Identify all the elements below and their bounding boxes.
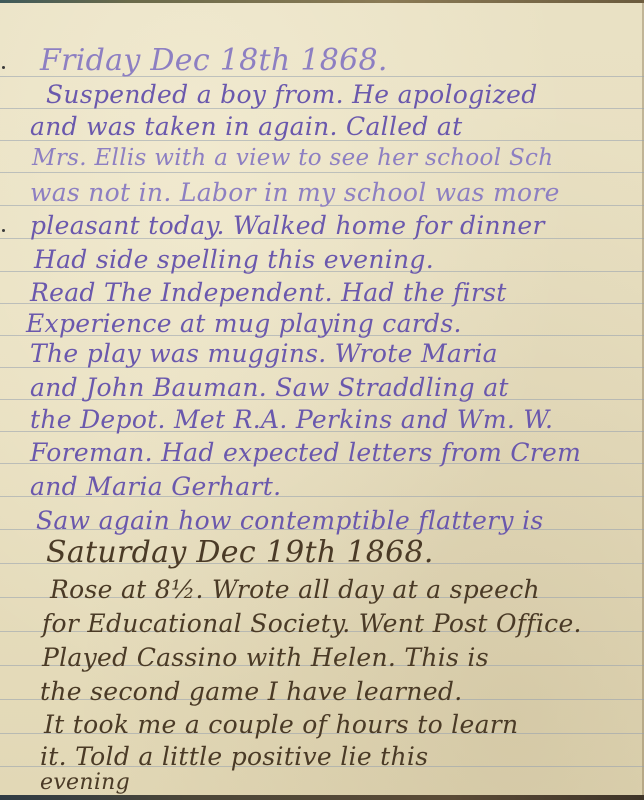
entry-line: and John Bauman. Saw Straddling at bbox=[30, 375, 509, 400]
entry-line: Mrs. Ellis with a view to see her school… bbox=[32, 147, 553, 170]
entry-line: and was taken in again. Called at bbox=[30, 114, 462, 139]
entry-line: The play was muggins. Wrote Maria bbox=[30, 341, 498, 366]
binding-hole bbox=[2, 229, 5, 232]
entry-line: was not in. Labor in my school was more bbox=[30, 180, 560, 205]
entry-line: Played Cassino with Helen. This is bbox=[42, 645, 489, 670]
entry-line: Saw again how contemptible flattery is bbox=[36, 508, 544, 533]
entry-line: Suspended a boy from. He apologized bbox=[46, 82, 538, 107]
page-top-edge bbox=[0, 0, 644, 3]
entry-line: for Educational Society. Went Post Offic… bbox=[42, 611, 582, 636]
entry-line: Rose at 8½. Wrote all day at a speech bbox=[50, 577, 540, 602]
entry-line: Read The Independent. Had the first bbox=[30, 280, 507, 305]
entry-line: the second game I have learned. bbox=[40, 679, 462, 704]
entry-line: It took me a couple of hours to learn bbox=[44, 712, 518, 737]
entry-line: Had side spelling this evening. bbox=[34, 247, 434, 272]
entry-heading-saturday: Saturday Dec 19th 1868. bbox=[46, 538, 434, 568]
diary-page: Friday Dec 18th 1868. Suspended a boy fr… bbox=[0, 0, 644, 800]
ruled-line bbox=[0, 172, 644, 173]
entry-line: pleasant today. Walked home for dinner bbox=[30, 213, 545, 238]
page-bottom-edge bbox=[0, 795, 644, 800]
entry-line: the Depot. Met R.A. Perkins and Wm. W. bbox=[30, 407, 553, 432]
binding-hole bbox=[2, 66, 5, 69]
entry-line: Foreman. Had expected letters from Crem bbox=[30, 440, 581, 465]
entry-line: it. Told a little positive lie this bbox=[40, 744, 428, 769]
entry-line: and Maria Gerhart. bbox=[30, 474, 281, 499]
entry-line: Experience at mug playing cards. bbox=[26, 311, 462, 336]
entry-heading-friday: Friday Dec 18th 1868. bbox=[40, 46, 388, 76]
entry-line: evening bbox=[40, 772, 130, 794]
